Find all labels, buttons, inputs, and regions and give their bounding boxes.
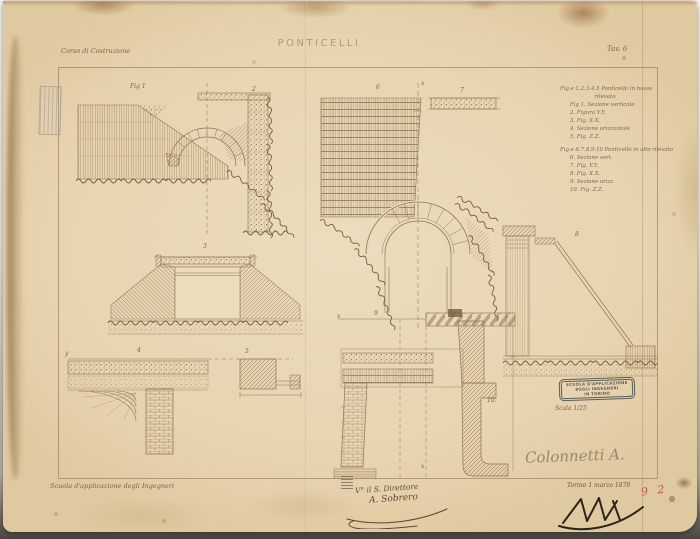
legend-item: Fig 1. Sezione verticale	[570, 101, 690, 109]
fig3-label: 3	[203, 243, 207, 250]
legend-group1-title: Fig.e 1.2.3.4.5 Ponticello in basso	[560, 85, 690, 93]
legend-item: 3. Fig. X.X.	[570, 117, 690, 125]
x-axis-bottom-label: x	[421, 463, 424, 470]
figure-6-7-portal-section	[320, 83, 500, 331]
paper-edge-stain	[3, 1, 697, 4]
fig5-label: 5	[245, 348, 249, 355]
legend-item: 2. Figura Y.Y.	[570, 109, 690, 117]
legend-item: 7. Fig. Y.Y.	[570, 162, 690, 170]
x-axis-mid-label: x	[337, 313, 340, 320]
fig7-label: 7	[460, 87, 464, 94]
fig10-label: 10.	[487, 397, 497, 404]
school-caption: Scuola d'applicazione degli Ingegneri	[50, 482, 174, 490]
legend-group1-title2: rilevato	[560, 93, 650, 101]
fig6-label: 6	[376, 84, 380, 91]
scale-note: Scala 1/25	[555, 405, 587, 412]
page-title: PONTICELLI	[255, 38, 383, 49]
fig8-label: 8	[575, 231, 579, 238]
school-stamp: SCUOLA D'APPLICAZIONE DEGLI INGEGNERI IN…	[559, 377, 636, 402]
legend-item: 6. Sezione vert.	[570, 154, 690, 162]
figure-legend: Fig.e 1.2.3.4.5 Ponticello in basso rile…	[560, 85, 690, 194]
legend-item: 4. Sezione orizzontale	[570, 125, 690, 133]
small-stamp-fragment	[341, 475, 353, 489]
fig2-label: 2	[252, 86, 256, 93]
plate-number: Tav. 6	[607, 45, 627, 53]
legend-item: 10. Fig. Z.Z.	[570, 186, 690, 194]
legend-item: 8. Fig. X.X.	[570, 170, 690, 178]
stamp-line3: IN TORINO	[564, 390, 630, 397]
figure-5-detail	[240, 359, 301, 398]
red-archive-mark: 9 2	[640, 482, 668, 498]
fig9-label: 9	[374, 310, 378, 317]
figure-9-10-abutment	[334, 309, 515, 479]
course-title: Corso di Costruzione	[61, 47, 130, 55]
ink-paraph-signature	[555, 493, 651, 531]
binding-shadow	[7, 37, 24, 479]
x-axis-top-label: x	[421, 80, 424, 87]
foxing-spots	[3, 1, 5, 3]
legend-group2-title: Fig.e 6.7.8.9.10 Ponticello in alto rile…	[560, 146, 690, 154]
legend-item: 9. Sezione orizz.	[570, 178, 690, 186]
place-date: Torino 1 marzo 1879	[567, 482, 630, 489]
fig1-label: Fig 1	[130, 83, 146, 90]
y-axis-label: y	[65, 350, 68, 357]
figure-1-2-vault-section	[76, 83, 295, 240]
scanned-sheet: Corso di Costruzione PONTICELLI Tav. 6	[3, 1, 697, 532]
director-signature: A. Sobrero	[369, 492, 419, 505]
fig4-label: 4	[137, 347, 141, 354]
author-pencil-signature: Colonnetti A.	[525, 445, 625, 466]
figure-8-wing-wall	[457, 193, 658, 376]
signature-flourish	[341, 505, 453, 529]
legend-item: 5. Fig. Z.Z.	[570, 133, 690, 141]
figure-3-culvert-section	[108, 255, 303, 334]
